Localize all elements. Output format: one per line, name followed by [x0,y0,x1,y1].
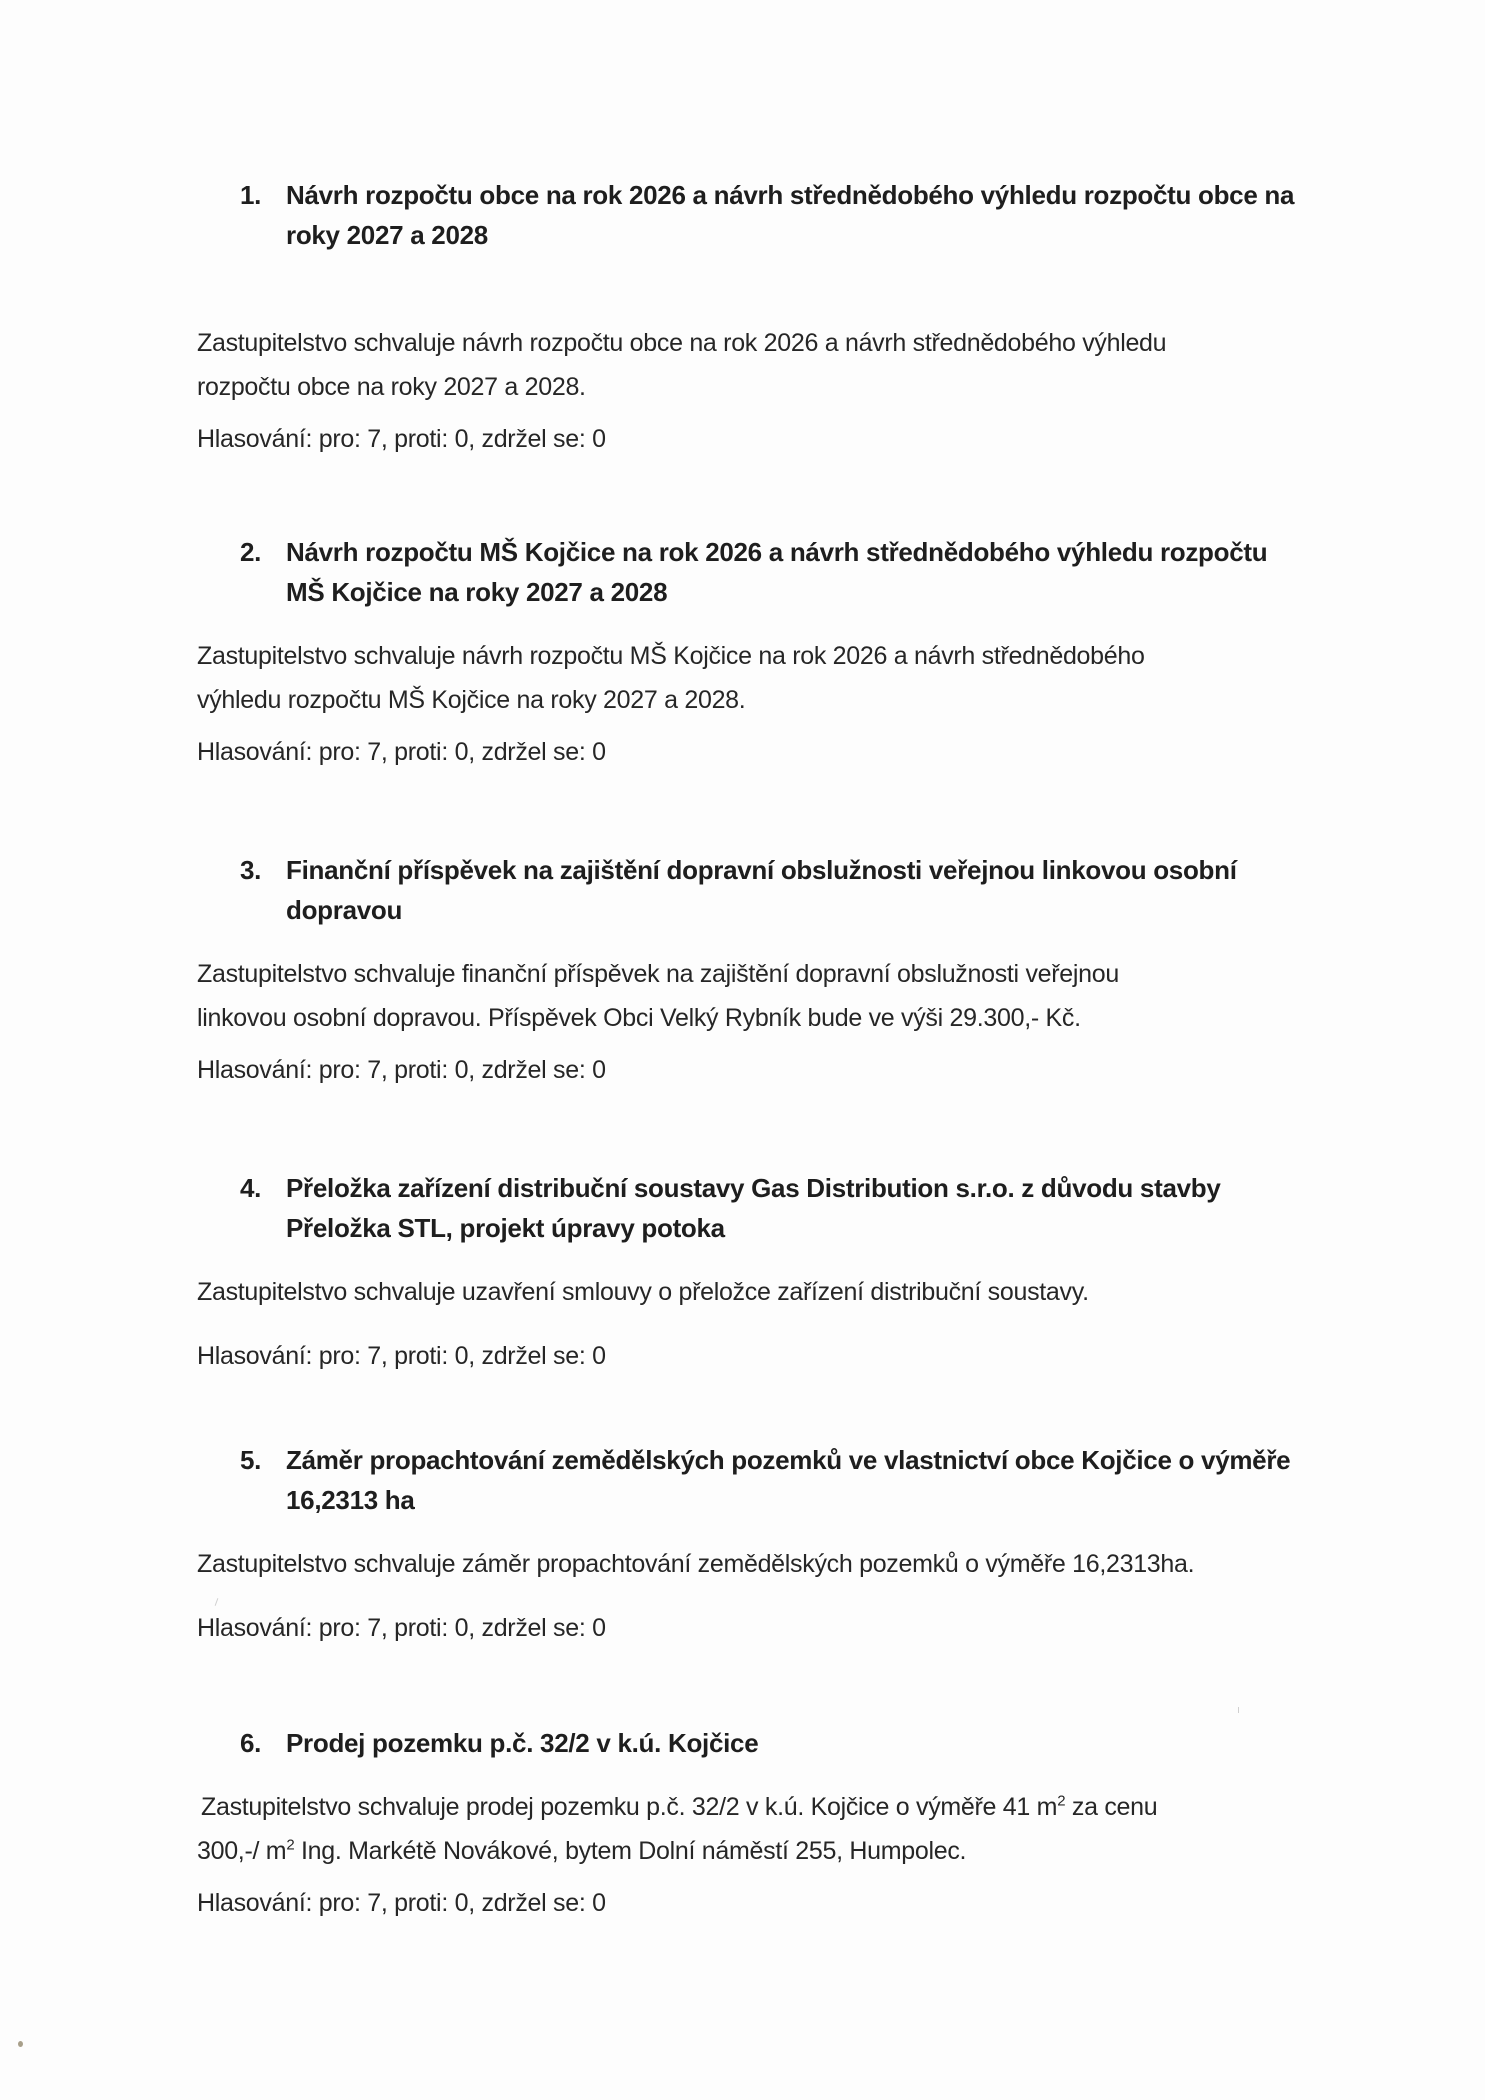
section-number: 5. [240,1440,261,1480]
resolution-section-6: 6. Prodej pozemku p.č. 32/2 v k.ú. Kojči… [0,1723,1485,1925]
section-heading: 5. Záměr propachtování zemědělských poze… [240,1440,1326,1520]
text-line: Zastupitelstvo schvaluje finanční příspě… [197,952,1317,996]
heading-line: dopravou [286,890,1326,930]
section-heading: 1. Návrh rozpočtu obce na rok 2026 a náv… [240,175,1326,255]
heading-line: Přeložka STL, projekt úpravy potoka [286,1208,1326,1248]
resolution-section-4: 4. Přeložka zařízení distribuční soustav… [0,1168,1485,1378]
vote-result: Hlasování: pro: 7, proti: 0, zdržel se: … [197,417,1485,461]
resolution-text: Zastupitelstvo schvaluje návrh rozpočtu … [197,634,1317,722]
resolution-text: Zastupitelstvo schvaluje návrh rozpočtu … [197,321,1317,409]
vote-result: Hlasování: pro: 7, proti: 0, zdržel se: … [197,730,1485,774]
scanned-document-page: 1. Návrh rozpočtu obce na rok 2026 a náv… [0,0,1485,2100]
vote-result: Hlasování: pro: 7, proti: 0, zdržel se: … [197,1881,1485,1925]
text-line: výhledu rozpočtu MŠ Kojčice na roky 2027… [197,678,1317,722]
section-number: 4. [240,1168,261,1208]
vote-result: Hlasování: pro: 7, proti: 0, zdržel se: … [197,1334,1485,1378]
text-line: linkovou osobní dopravou. Příspěvek Obci… [197,996,1317,1040]
heading-line: Návrh rozpočtu MŠ Kojčice na rok 2026 a … [286,532,1326,572]
section-heading: 4. Přeložka zařízení distribuční soustav… [240,1168,1326,1248]
resolution-section-1: 1. Návrh rozpočtu obce na rok 2026 a náv… [0,175,1485,461]
vote-result: Hlasování: pro: 7, proti: 0, zdržel se: … [197,1606,1485,1650]
vote-result: Hlasování: pro: 7, proti: 0, zdržel se: … [197,1048,1485,1092]
section-heading: 6. Prodej pozemku p.č. 32/2 v k.ú. Kojči… [240,1723,1326,1763]
section-number: 2. [240,532,261,572]
text-line: rozpočtu obce na roky 2027 a 2028. [197,365,1317,409]
heading-line: 16,2313 ha [286,1480,1326,1520]
section-number: 1. [240,175,261,215]
section-number: 6. [240,1723,261,1763]
heading-line: Návrh rozpočtu obce na rok 2026 a návrh … [286,175,1326,215]
text-line: Zastupitelstvo schvaluje návrh rozpočtu … [197,321,1317,365]
text-line: Zastupitelstvo schvaluje prodej pozemku … [201,1785,1321,1829]
heading-line: MŠ Kojčice na roky 2027 a 2028 [286,572,1326,612]
heading-line: Finanční příspěvek na zajištění dopravní… [286,850,1326,890]
section-heading: 3. Finanční příspěvek na zajištění dopra… [240,850,1326,930]
resolution-section-5: 5. Záměr propachtování zemědělských poze… [0,1440,1485,1650]
resolution-text: Zastupitelstvo schvaluje finanční příspě… [197,952,1317,1040]
heading-line: Záměr propachtování zemědělských pozemků… [286,1440,1326,1480]
resolution-text: Zastupitelstvo schvaluje záměr propachto… [197,1542,1317,1586]
text-line: Zastupitelstvo schvaluje záměr propachto… [197,1542,1317,1586]
heading-line: Přeložka zařízení distribuční soustavy G… [286,1168,1326,1208]
heading-line: roky 2027 a 2028 [286,215,1326,255]
resolution-section-3: 3. Finanční příspěvek na zajištění dopra… [0,850,1485,1092]
section-number: 3. [240,850,261,890]
scan-mark [1238,1707,1239,1713]
resolution-section-2: 2. Návrh rozpočtu MŠ Kojčice na rok 2026… [0,532,1485,774]
section-heading: 2. Návrh rozpočtu MŠ Kojčice na rok 2026… [240,532,1326,612]
resolution-text: Zastupitelstvo schvaluje prodej pozemku … [197,1785,1321,1873]
text-line: Zastupitelstvo schvaluje návrh rozpočtu … [197,634,1317,678]
scan-speck [18,2041,23,2047]
resolution-text: Zastupitelstvo schvaluje uzavření smlouv… [197,1270,1317,1314]
text-line: 300,-/ m2 Ing. Markétě Novákové, bytem D… [197,1829,1321,1873]
text-line: Zastupitelstvo schvaluje uzavření smlouv… [197,1270,1317,1314]
heading-line: Prodej pozemku p.č. 32/2 v k.ú. Kojčice [286,1723,1326,1763]
